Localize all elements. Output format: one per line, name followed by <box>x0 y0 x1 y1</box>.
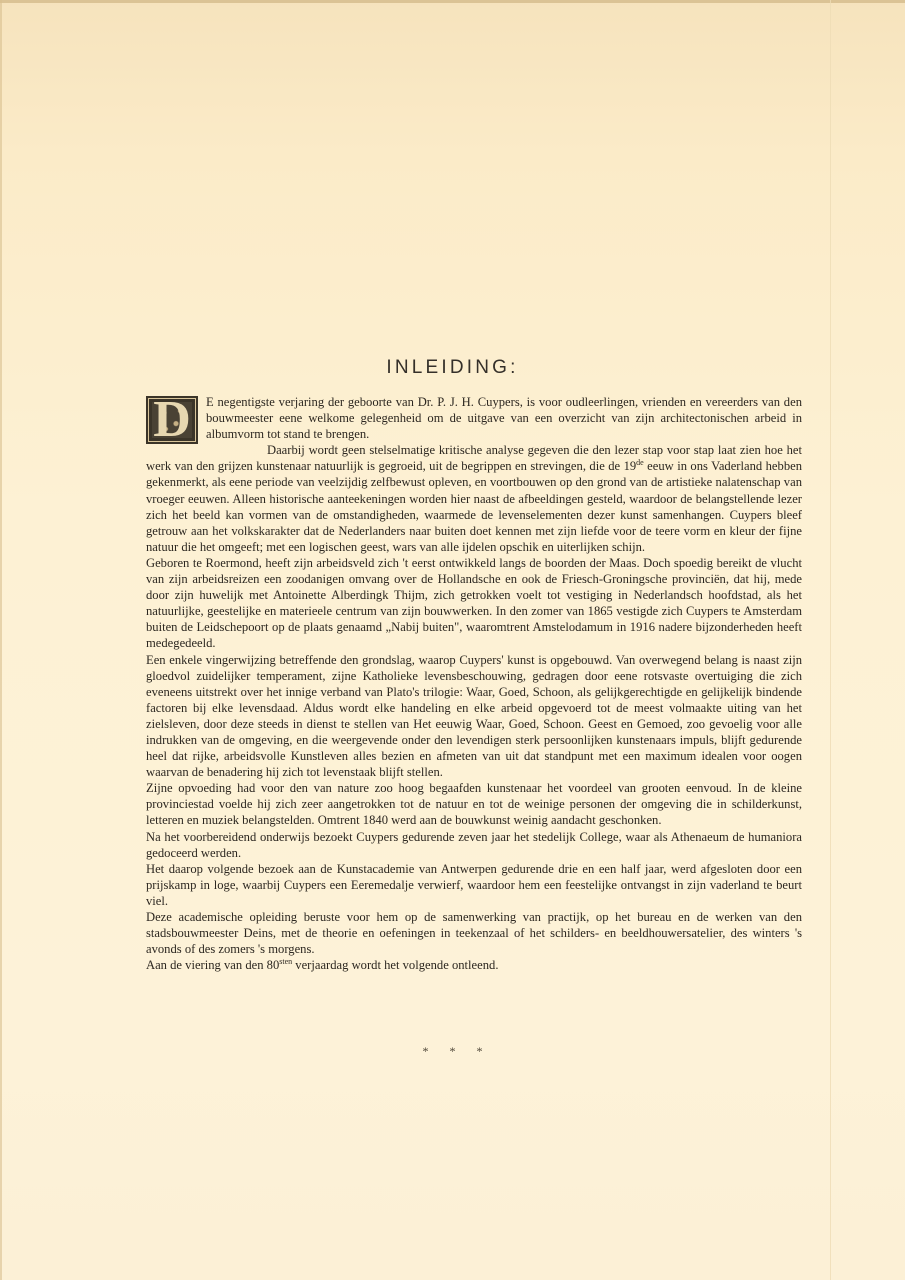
paragraph-intro: D E negentigste verjaring der geboorte v… <box>146 394 802 442</box>
body-text: D E negentigste verjaring der geboorte v… <box>146 394 802 973</box>
paragraph-text: verjaardag wordt het volgende ontleend. <box>292 958 498 972</box>
section-separator: * * * <box>0 1044 905 1059</box>
paragraph-text: eeuw in ons Vaderland hebben gekenmerkt,… <box>146 459 802 553</box>
dropcap-letter: D <box>146 392 198 448</box>
paragraph-kunstacademie: Het daarop volgende bezoek aan de Kunsta… <box>146 861 802 909</box>
paragraph-text: Aan de viering van den 80 <box>146 958 279 972</box>
paragraph-text: E negentigste verjaring der geboorte van… <box>206 395 802 441</box>
superscript: sten <box>279 957 292 966</box>
paragraph-vingerwijzing: Een enkele vingerwijzing betreffende den… <box>146 652 802 781</box>
paper-fold-line <box>830 0 831 1280</box>
ornamental-dropcap-icon: D <box>146 396 198 444</box>
page-edge-top <box>0 0 905 3</box>
paragraph-opleiding: Deze academische opleiding beruste voor … <box>146 909 802 957</box>
superscript: de <box>636 458 644 467</box>
page-title: INLEIDING: <box>0 357 905 379</box>
paragraph-onderwijs: Na het voorbereidend onderwijs bezoekt C… <box>146 829 802 861</box>
paragraph-viering: Aan de viering van den 80sten verjaardag… <box>146 957 802 973</box>
paragraph-geboren: Geboren te Roermond, heeft zijn arbeidsv… <box>146 555 802 652</box>
paragraph-opvoeding: Zijne opvoeding had voor den van nature … <box>146 780 802 828</box>
page-edge-left <box>0 0 2 1280</box>
paragraph-daarbij: Daarbij wordt geen stelselmatige kritisc… <box>146 442 802 555</box>
